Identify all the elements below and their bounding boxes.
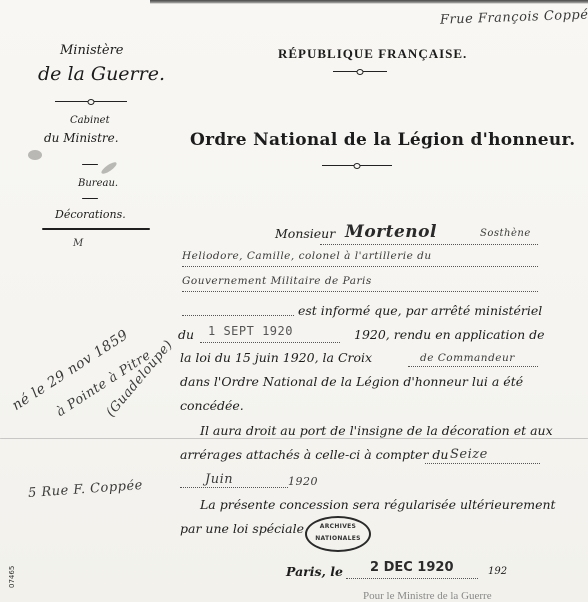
bureau-label: Bureau.: [78, 178, 118, 189]
decorations-label: Décorations.: [55, 208, 126, 221]
arrete-date-stamp: 1 SEPT 1920: [208, 324, 293, 338]
bureau-divider: [82, 198, 98, 199]
body-line5: concédée.: [180, 398, 244, 413]
document-page: Frue François Coppée Ministère de la Gue…: [0, 0, 588, 602]
from-month: Juin: [205, 472, 233, 487]
body-line3: la loi du 15 juin 1920, la Croix: [180, 350, 372, 365]
fill-line: [320, 244, 538, 245]
recipient-surname: Mortenol: [345, 222, 437, 242]
reference-number: 07465: [8, 566, 16, 588]
republic-divider: [333, 71, 387, 72]
from-day: Seize: [450, 447, 488, 462]
page-top-edge: [150, 0, 588, 4]
signature-line: Pour le Ministre de la Guerre: [363, 590, 492, 602]
fill-line: [408, 366, 538, 367]
body-line7: arrérages attachés à celle-ci à compter …: [180, 447, 448, 462]
fill-line: [182, 266, 538, 267]
republic-heading: RÉPUBLIQUE FRANÇAISE.: [278, 46, 467, 62]
body-line2: 1920, rendu en application de: [354, 327, 545, 342]
recipient-given-names-1: Sosthène: [480, 228, 531, 239]
place-label: Paris, le: [286, 564, 343, 579]
recipient-unit: Gouvernement Militaire de Paris: [182, 275, 372, 287]
from-year: 1920: [288, 475, 318, 488]
fill-line: [200, 342, 340, 343]
fill-line: [346, 578, 478, 579]
grade: de Commandeur: [420, 352, 515, 364]
left-block-rule: [42, 228, 150, 230]
stamp-top-text: ARCHIVES: [307, 523, 369, 530]
margin-initials: M: [73, 238, 84, 249]
fill-line: [182, 291, 538, 292]
margin-address: 5 Rue F. Coppée: [28, 478, 144, 501]
cabinet-line1: Cabinet: [70, 115, 110, 126]
archives-nationales-stamp: ARCHIVES NATIONALES: [305, 516, 371, 552]
du-label: du: [178, 327, 194, 342]
header-annotation: Frue François Coppée: [440, 7, 588, 27]
ink-smudge: [28, 150, 42, 160]
cabinet-divider: [82, 164, 98, 165]
ink-smudge: [100, 160, 118, 175]
recipient-given-names-2: Heliodore, Camille, colonel à l'artiller…: [182, 250, 432, 262]
fold-line: [0, 438, 588, 439]
fill-line: [425, 463, 540, 464]
fill-line: [180, 487, 288, 488]
cabinet-line2: du Ministre.: [44, 131, 119, 145]
body-line4: dans l'Ordre National de la Légion d'hon…: [180, 374, 523, 389]
body-line1: est informé que, par arrêté ministériel: [298, 303, 542, 318]
year-suffix: 192: [488, 566, 507, 577]
document-title: Ordre National de la Légion d'honneur.: [190, 130, 575, 150]
body-line10: par une loi spéciale.: [180, 521, 308, 536]
title-divider: [322, 165, 392, 166]
issue-date-stamp: 2 DEC 1920: [370, 560, 454, 575]
stamp-bottom-text: NATIONALES: [307, 535, 369, 542]
ministry-line1: Ministère: [60, 43, 124, 58]
ministry-divider: [55, 101, 127, 102]
body-line9: La présente concession sera régularisée …: [200, 497, 556, 512]
ministry-line2: de la Guerre.: [38, 63, 165, 85]
fill-line: [182, 315, 294, 316]
body-line6: Il aura droit au port de l'insigne de la…: [200, 423, 553, 438]
salutation: Monsieur: [275, 226, 335, 241]
